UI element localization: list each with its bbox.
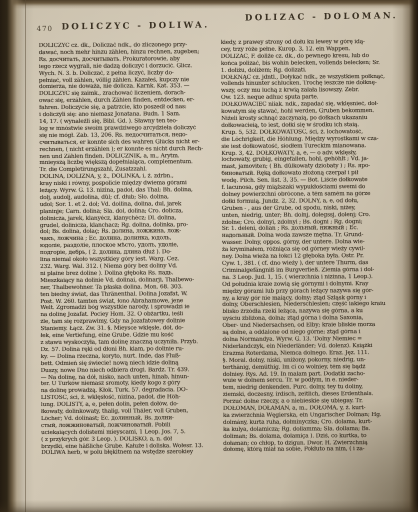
text-line: dołomę, którą miał na sobie, Pokłuto na … [223, 446, 409, 454]
running-head-right: DOLIZAC - DOLOMAN. [241, 11, 401, 23]
text-line: iego rzecz wygrali, nie dadzą doliczyć i… [39, 63, 215, 71]
page-number: 470 [37, 25, 53, 33]
right-text-column: kiedy, z prawey strony od dołu ku lewey … [221, 39, 410, 455]
scanned-book-page: 470 DOLICZYC - DOLIWA. DOLIZAC - DOLOMAN… [0, 0, 418, 512]
running-head-left: DOLICZYC - DOLIWA. [61, 20, 211, 32]
text-line: końca polizać, bis wohin belecken, volle… [221, 60, 407, 68]
text-line: DOLIWA herb, w polu błękitnem na wstędze… [41, 449, 217, 457]
text-line: rechnen, ( nicht erzählen ); er konnte e… [39, 146, 215, 154]
left-text-column: DOLICZYĆ cz. dk., Doliczać ndk., do zlic… [39, 42, 218, 457]
page-content: 470 DOLICZYC - DOLIWA. DOLIZAC - DOLOMAN… [0, 0, 418, 512]
